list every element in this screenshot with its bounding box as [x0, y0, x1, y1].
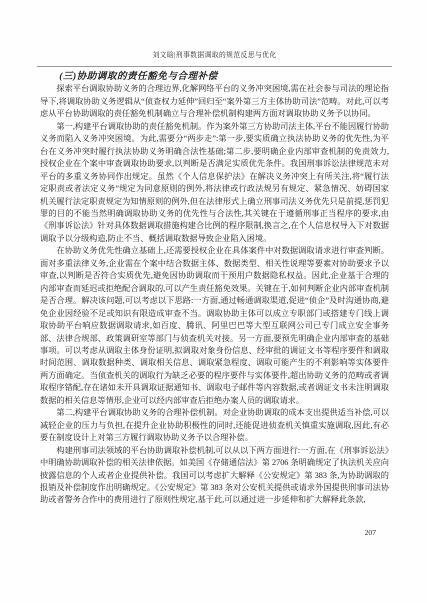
paragraph: 探索平台调取协助义务的合理边界,化解网络平台的义务冲突困境,需在社会参与司法的理… — [40, 83, 389, 120]
header-divider — [37, 66, 392, 67]
paragraph: 构建刑事司法领域的平台协助调取补偿机制,可以从以下两方面进行:一方面,在《刑事诉… — [40, 445, 389, 507]
body-text: (三)协助调取的责任豁免与合理补偿 探索平台调取协助义务的合理边界,化解网络平台… — [40, 71, 389, 507]
paragraph: 第二,构建平台调取协助义务的合理补偿机制。对企业协助调取的成本支出提供适当补偿,… — [40, 407, 389, 444]
paragraph: 第一,构建平台调取协助的责任豁免机制。作为案外第三方协助司法主体,平台不能因履行… — [40, 121, 389, 246]
paragraph: 在协助义务优先性确立基础上,还需要授权企业在具体案件中对数据调取请求进行审查判断… — [40, 245, 389, 407]
running-header: 刘文晗|刑事数据调取的规范反思与优化 — [40, 51, 389, 61]
paper-page: 刘文晗|刑事数据调取的规范反思与优化 (三)协助调取的责任豁免与合理补偿 探索平… — [0, 0, 427, 603]
section-heading: (三)协助调取的责任豁免与合理补偿 — [40, 71, 389, 83]
page-number: 207 — [365, 528, 376, 537]
